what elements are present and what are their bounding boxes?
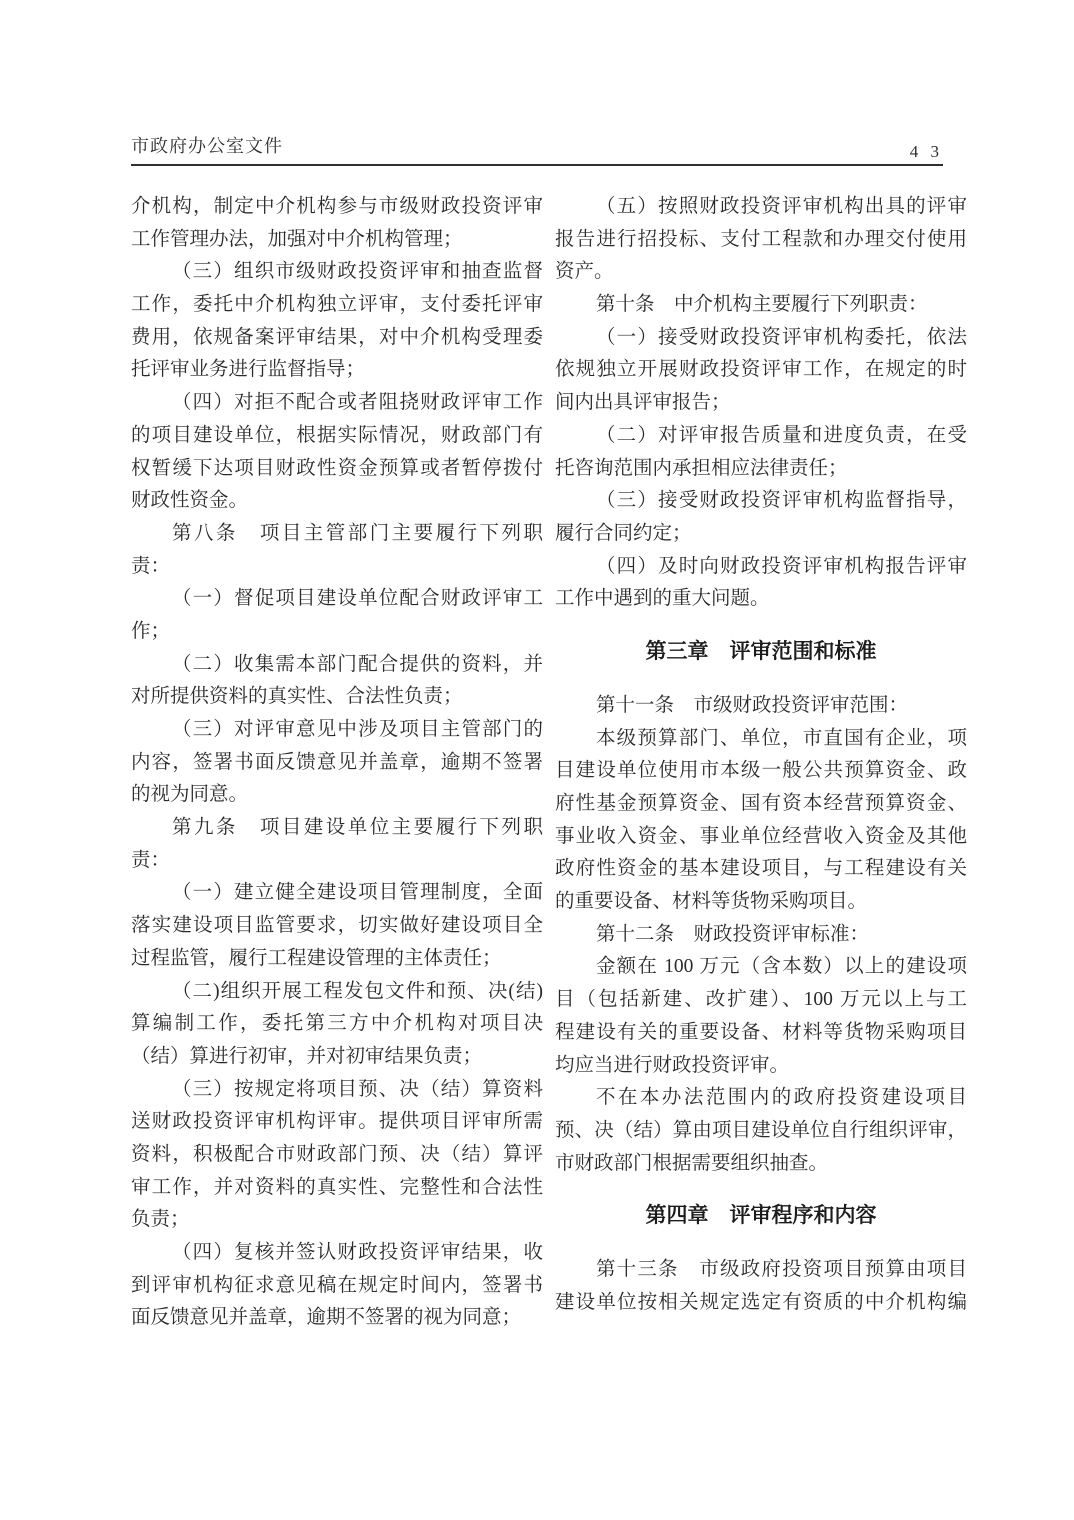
text-line: 介机构，制定中介机构参与市级财政投资评审: [131, 191, 543, 224]
text-line: 对所提供资料的真实性、合法性负责；: [131, 681, 543, 714]
paragraph: （三）对评审意见中涉及项目主管部门的内容，签署书面反馈意见并盖章，逾期不签署的视…: [131, 714, 543, 812]
paragraph: （四）及时向财政投资评审机构报告评审工作中遇到的重大问题。: [555, 551, 967, 616]
paragraph: （四）复核并签认财政投资评审结果，收到评审机构征求意见稿在规定时间内，签署书面反…: [131, 1237, 543, 1335]
header-doc-type-label: 市政府办公室文件: [131, 132, 283, 164]
text-line: （四）复核并签认财政投资评审结果，收: [131, 1237, 543, 1270]
text-column-right: （五）按照财政投资评审机构出具的评审报告进行招投标、支付工程款和办理交付使用资产…: [555, 191, 967, 1320]
text-line: （一）建立健全建设项目管理制度，全面: [131, 877, 543, 910]
text-line: 本级预算部门、单位，市直国有企业，项: [555, 723, 967, 756]
text-line: （三）对评审意见中涉及项目主管部门的: [131, 714, 543, 747]
paragraph: 金额在 100 万元（含本数）以上的建设项目（包括新建、改扩建）、100 万元以…: [555, 951, 967, 1082]
text-line: （二）收集需本部门配合提供的资料，并: [131, 649, 543, 682]
text-line: （四）及时向财政投资评审机构报告评审: [555, 551, 967, 584]
text-line: （一）督促项目建设单位配合财政评审工: [131, 583, 543, 616]
text-line: 建设单位按相关规定选定有资质的中介机构编: [555, 1287, 967, 1320]
text-line: 均应当进行财政投资评审。: [555, 1050, 967, 1083]
text-line: 第十一条 市级财政投资评审范围：: [555, 690, 967, 723]
text-line: 第八条 项目主管部门主要履行下列职: [131, 518, 543, 551]
text-line: 算编制工作，委托第三方中介机构对项目决: [131, 1008, 543, 1041]
text-line: 责：: [131, 551, 543, 584]
paragraph: 本级预算部门、单位，市直国有企业，项目建设单位使用市本级一般公共预算资金、政府性…: [555, 723, 967, 919]
text-line: （一）接受财政投资评审机构委托，依法: [555, 322, 967, 355]
text-line: 到评审机构征求意见稿在规定时间内，签署书: [131, 1270, 543, 1303]
text-line: 事业收入资金、事业单位经营收入资金及其他: [555, 821, 967, 854]
paragraph: （四）对拒不配合或者阻挠财政评审工作的项目建设单位，根据实际情况，财政部门有权暂…: [131, 387, 543, 518]
paragraph: 介机构，制定中介机构参与市级财政投资评审工作管理办法，加强对中介机构管理；: [131, 191, 543, 256]
page-number: 4 3: [910, 142, 943, 164]
paragraph: （一）接受财政投资评审机构委托，依法依规独立开展财政投资评审工作，在规定的时间内…: [555, 322, 967, 420]
text-line: 托评审业务进行监督指导；: [131, 354, 543, 387]
text-line: 落实建设项目监管要求，切实做好建设项目全: [131, 910, 543, 943]
text-line: 金额在 100 万元（含本数）以上的建设项: [555, 951, 967, 984]
paragraph: 第十条 中介机构主要履行下列职责：: [555, 289, 967, 322]
text-line: 权暂缓下达项目财政性资金预算或者暂停拨付: [131, 453, 543, 486]
text-line: 履行合同约定；: [555, 518, 967, 551]
text-line: 内容，签署书面反馈意见并盖章，逾期不签署: [131, 747, 543, 780]
text-line: 审工作，并对资料的真实性、完整性和合法性: [131, 1172, 543, 1205]
text-line: 目建设单位使用市本级一般公共预算资金、政: [555, 755, 967, 788]
text-line: 的视为同意。: [131, 779, 543, 812]
text-line: 工作管理办法，加强对中介机构管理；: [131, 224, 543, 257]
text-line: 间内出具评审报告；: [555, 387, 967, 420]
paragraph: （二）收集需本部门配合提供的资料，并对所提供资料的真实性、合法性负责；: [131, 649, 543, 714]
paragraph: （二)组织开展工程发包文件和预、决(结)算编制工作，委托第三方中介机构对项目决（…: [131, 976, 543, 1074]
text-line: 过程监管，履行工程建设管理的主体责任；: [131, 943, 543, 976]
document-page: 市政府办公室文件 4 3 介机构，制定中介机构参与市级财政投资评审工作管理办法，…: [0, 0, 1074, 1520]
text-line: 依规独立开展财政投资评审工作，在规定的时: [555, 354, 967, 387]
text-line: 负责；: [131, 1204, 543, 1237]
page-header: 市政府办公室文件 4 3: [131, 128, 943, 166]
text-line: 程建设有关的重要设备、材料等货物采购项目: [555, 1017, 967, 1050]
paragraph: 第十二条 财政投资评审标准：: [555, 919, 967, 952]
text-line: 责：: [131, 845, 543, 878]
text-line: 第九条 项目建设单位主要履行下列职: [131, 812, 543, 845]
text-line: （五）按照财政投资评审机构出具的评审: [555, 191, 967, 224]
paragraph: （五）按照财政投资评审机构出具的评审报告进行招投标、支付工程款和办理交付使用资产…: [555, 191, 967, 289]
text-line: 托咨询范围内承担相应法律责任；: [555, 453, 967, 486]
text-line: 市财政部门根据需要组织抽查。: [555, 1148, 967, 1181]
text-line: 工作，委托中介机构独立评审，支付委托评审: [131, 289, 543, 322]
paragraph: （一）督促项目建设单位配合财政评审工作；: [131, 583, 543, 648]
text-line: 目（包括新建、改扩建）、100 万元以上与工: [555, 984, 967, 1017]
text-line: （二)组织开展工程发包文件和预、决(结): [131, 976, 543, 1009]
text-line: 府性基金预算资金、国有资本经营预算资金、: [555, 788, 967, 821]
text-line: 预、决（结）算由项目建设单位自行组织评审，: [555, 1115, 967, 1148]
text-line: （三）组织市级财政投资评审和抽查监督: [131, 256, 543, 289]
text-line: 的重要设备、材料等货物采购项目。: [555, 886, 967, 919]
text-line: 第十三条 市级政府投资项目预算由项目: [555, 1254, 967, 1287]
paragraph: （一）建立健全建设项目管理制度，全面落实建设项目监管要求，切实做好建设项目全过程…: [131, 877, 543, 975]
text-line: 政府性资金的基本建设项目，与工程建设有关: [555, 853, 967, 886]
text-line: 的项目建设单位，根据实际情况，财政部门有: [131, 420, 543, 453]
chapter-heading: 第四章 评审程序和内容: [555, 1199, 967, 1232]
paragraph: 第九条 项目建设单位主要履行下列职责：: [131, 812, 543, 877]
text-line: 工作中遇到的重大问题。: [555, 583, 967, 616]
paragraph: （三）组织市级财政投资评审和抽查监督工作，委托中介机构独立评审，支付委托评审费用…: [131, 256, 543, 387]
text-line: 资料，积极配合市财政部门预、决（结）算评: [131, 1139, 543, 1172]
paragraph: 第十一条 市级财政投资评审范围：: [555, 690, 967, 723]
text-line: 第十条 中介机构主要履行下列职责：: [555, 289, 967, 322]
text-line: 面反馈意见并盖章，逾期不签署的视为同意；: [131, 1302, 543, 1335]
text-line: 财政性资金。: [131, 485, 543, 518]
paragraph: （三）接受财政投资评审机构监督指导，履行合同约定；: [555, 485, 967, 550]
paragraph: （二）对评审报告质量和进度负责，在受托咨询范围内承担相应法律责任；: [555, 420, 967, 485]
text-line: 不在本办法范围内的政府投资建设项目: [555, 1082, 967, 1115]
text-line: 报告进行招投标、支付工程款和办理交付使用: [555, 224, 967, 257]
text-column-left: 介机构，制定中介机构参与市级财政投资评审工作管理办法，加强对中介机构管理；（三）…: [131, 191, 543, 1335]
text-line: 资产。: [555, 256, 967, 289]
chapter-heading: 第三章 评审范围和标准: [555, 635, 967, 668]
text-line: 费用，依规备案评审结果，对中介机构受理委: [131, 322, 543, 355]
paragraph: （三）按规定将项目预、决（结）算资料送财政投资评审机构评审。提供项目评审所需资料…: [131, 1074, 543, 1237]
text-line: 作；: [131, 616, 543, 649]
text-line: （三）按规定将项目预、决（结）算资料: [131, 1074, 543, 1107]
text-line: （四）对拒不配合或者阻挠财政评审工作: [131, 387, 543, 420]
text-line: （三）接受财政投资评审机构监督指导，: [555, 485, 967, 518]
paragraph: 第八条 项目主管部门主要履行下列职责：: [131, 518, 543, 583]
text-line: 第十二条 财政投资评审标准：: [555, 919, 967, 952]
paragraph: 第十三条 市级政府投资项目预算由项目建设单位按相关规定选定有资质的中介机构编: [555, 1254, 967, 1319]
text-line: （结）算进行初审，并对初审结果负责；: [131, 1041, 543, 1074]
text-line: （二）对评审报告质量和进度负责，在受: [555, 420, 967, 453]
text-line: 送财政投资评审机构评审。提供项目评审所需: [131, 1106, 543, 1139]
paragraph: 不在本办法范围内的政府投资建设项目预、决（结）算由项目建设单位自行组织评审，市财…: [555, 1082, 967, 1180]
